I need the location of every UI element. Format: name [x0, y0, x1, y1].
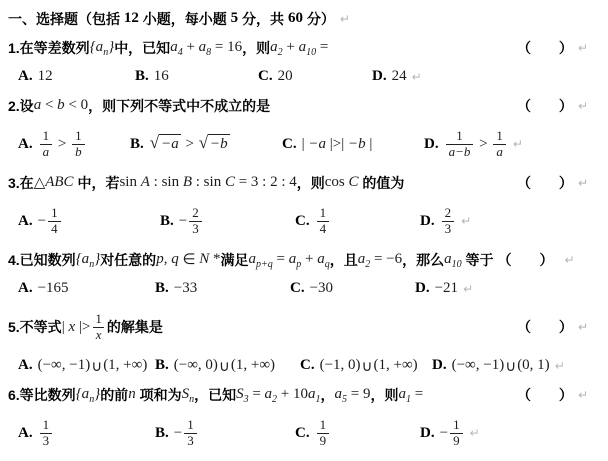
- fraction-denominator: 9: [317, 433, 330, 449]
- text-run: ，: [321, 385, 335, 405]
- math-variable-run: a: [170, 39, 178, 56]
- text-run: ，则下列不等式中不成立的是: [88, 96, 270, 116]
- math-roman-run: −33: [174, 280, 197, 297]
- option-d: D.−21: [415, 280, 458, 297]
- math-subscript: q: [325, 259, 330, 270]
- fraction: 19: [450, 418, 463, 449]
- question-3: 3.在△ABC 中，若sin A : sin B : sin C = 3 : 2…: [8, 170, 608, 195]
- math-variable-run: N: [199, 251, 209, 268]
- text-run: 的解集是: [107, 317, 163, 337]
- paragraph-mark-icon: ↵: [578, 41, 588, 55]
- math-variable-run: C: [349, 174, 359, 191]
- fraction: 14: [317, 206, 330, 237]
- fraction-numerator: 1: [450, 418, 463, 433]
- math-roman-run: −165: [38, 280, 69, 297]
- math-roman-run: (−∞, −1): [38, 357, 91, 374]
- option-b: B.(−∞, 0)∪(1, +∞): [155, 357, 300, 375]
- math-roman-run: +: [283, 39, 299, 56]
- option-label: D.: [420, 213, 435, 230]
- fraction: 23: [442, 206, 455, 237]
- fraction-numerator: 1: [48, 206, 61, 221]
- text-run: 小题，每小题: [139, 9, 231, 29]
- math-roman-run: < 0: [65, 97, 88, 114]
- math-subscript: p: [296, 259, 301, 270]
- math-variable-run: C: [225, 174, 235, 191]
- option-b: B.√−a > √−b: [130, 134, 282, 154]
- paragraph-mark-icon: ↵: [470, 426, 480, 440]
- fraction-numerator: 1: [40, 129, 53, 144]
- math-subscript: p+q: [256, 259, 273, 270]
- math-roman-run: |: [302, 136, 309, 153]
- document-page[interactable]: 一、选择题（包括 12 小题，每小题 5 分，共 60 分）↵1.在等差数列{a…: [0, 0, 608, 461]
- math-subscript: n: [103, 47, 108, 58]
- text-run: ，则: [242, 38, 270, 58]
- math-variable-run: a: [398, 386, 406, 403]
- text-run: 3.在: [8, 173, 34, 193]
- math-variable-run: −b: [348, 136, 366, 153]
- math-roman-run: (1, +∞): [231, 357, 275, 374]
- section-title: 一、选择题（包括 12 小题，每小题 5 分，共 60 分）↵: [8, 6, 608, 31]
- math-subscript: 2: [278, 47, 283, 58]
- fraction-denominator: 4: [48, 221, 61, 237]
- text-run: 的前: [100, 385, 128, 405]
- fraction-numerator: 1: [92, 312, 105, 327]
- fraction-numerator: 1: [40, 418, 53, 433]
- option-a: A.12: [18, 68, 135, 85]
- answer-bracket: （ ）: [517, 96, 573, 116]
- fraction-denominator: 3: [40, 433, 53, 449]
- paragraph-mark-icon: ↵: [578, 99, 588, 113]
- math-variable-run: a: [335, 386, 343, 403]
- option-label: C.: [300, 357, 315, 374]
- math-roman-run: (0, 1): [517, 357, 550, 374]
- math-roman-run: >: [54, 136, 70, 153]
- text-run: ，已知: [194, 385, 236, 405]
- union-symbol: ∪: [505, 357, 516, 375]
- fraction-denominator: b: [72, 144, 85, 160]
- question-4-options: A.−165B.−33C.−30D.−21↵: [8, 276, 608, 301]
- radical-sign: √: [150, 134, 159, 152]
- paragraph-mark-icon: ↵: [555, 359, 565, 373]
- fraction-numerator: 2: [442, 206, 455, 221]
- text-run: 等于: [462, 250, 494, 270]
- math-variable-run: S: [182, 386, 190, 403]
- math-roman-run: =: [316, 39, 328, 56]
- option-a: A.−14: [18, 206, 160, 237]
- math-variable-run: a: [270, 39, 278, 56]
- question-3-options: A.−14B.−23C.14D.23↵: [8, 199, 608, 243]
- math-roman-run: (−∞, −1): [452, 357, 505, 374]
- fraction-denominator: x: [93, 327, 105, 343]
- option-label: A.: [18, 357, 33, 374]
- math-roman-run: −: [440, 425, 448, 442]
- option-b: B.−33: [155, 280, 290, 297]
- text-run: 中，已知: [114, 38, 170, 58]
- question-2-options: A.1a > 1bB.√−a > √−bC.| −a |>| −b |D.1a−…: [8, 122, 608, 166]
- paragraph-mark-icon: ↵: [578, 388, 588, 402]
- question-5-options: A.(−∞, −1)∪(1, +∞)B.(−∞, 0)∪(1, +∞)C.(−1…: [8, 353, 608, 378]
- option-a: A.1a > 1b: [18, 129, 130, 160]
- question-2: 2.设a < b < 0，则下列不等式中不成立的是（ ）↵: [8, 93, 608, 118]
- radical-sign: √: [199, 134, 208, 152]
- math-variable-run: a: [265, 386, 273, 403]
- fraction: 14: [48, 206, 61, 237]
- fraction-numerator: 1: [317, 418, 330, 433]
- fraction-numerator: 1: [317, 206, 330, 221]
- text-run: ，则: [370, 385, 398, 405]
- paragraph-mark-icon: ↵: [340, 12, 350, 26]
- math-variable-run: p: [156, 251, 164, 268]
- option-label: D.: [372, 68, 387, 85]
- option-c: C.(−1, 0)∪(1, +∞): [300, 357, 432, 375]
- math-roman-run: : sin: [192, 174, 225, 191]
- fraction-numerator: 1: [184, 418, 197, 433]
- fraction-denominator: 3: [189, 221, 202, 237]
- fraction: 1a: [40, 129, 53, 160]
- math-subscript: 10: [306, 47, 316, 58]
- math-roman-run: = 9: [347, 386, 370, 403]
- math-roman-run: = 16: [211, 39, 242, 56]
- math-roman-run: sin: [119, 174, 140, 191]
- square-root: √−b: [199, 134, 230, 154]
- math-roman-run: −21: [435, 280, 458, 297]
- option-label: B.: [130, 136, 144, 153]
- paragraph-mark-icon: ↵: [565, 253, 575, 267]
- fraction-denominator: 3: [442, 221, 455, 237]
- option-label: C.: [295, 213, 310, 230]
- paragraph-mark-icon: ↵: [463, 282, 473, 296]
- math-subscript: 3: [244, 394, 249, 405]
- fraction-numerator: 1: [493, 129, 506, 144]
- fraction: 23: [189, 206, 202, 237]
- text-run: 分，共: [238, 9, 288, 29]
- math-roman-run: 20: [278, 68, 293, 85]
- math-variable-run: ABC: [45, 174, 73, 191]
- math-roman-run: + 10: [277, 386, 308, 403]
- math-roman-run: cos: [325, 174, 349, 191]
- fraction-numerator: 2: [189, 206, 202, 221]
- option-label: B.: [155, 280, 169, 297]
- option-label: A.: [18, 425, 33, 442]
- text-run: 分）: [303, 9, 335, 29]
- math-roman-run: 12: [38, 68, 53, 85]
- math-roman-run: +: [183, 39, 199, 56]
- math-subscript: 2: [272, 394, 277, 405]
- math-variable-run: n: [128, 386, 136, 403]
- option-d: D.24: [372, 68, 407, 85]
- math-roman-run: ,: [164, 251, 172, 268]
- option-b: B.−23: [160, 206, 295, 237]
- option-label: A.: [18, 136, 33, 153]
- option-d: D.(−∞, −1)∪(0, 1): [432, 357, 550, 375]
- text-run: ，且: [330, 250, 358, 270]
- math-variable-run: −a: [308, 136, 326, 153]
- text-run: 6.等比数列: [8, 385, 76, 405]
- math-roman-run: : sin: [150, 174, 183, 191]
- fraction: 1x: [92, 312, 105, 343]
- option-label: D.: [420, 425, 435, 442]
- math-subscript: n: [89, 259, 94, 270]
- fraction-denominator: a: [40, 144, 53, 160]
- fraction: 1a: [493, 129, 506, 160]
- question-6-options: A.13B.−13C.19D.−19↵: [8, 411, 608, 455]
- fraction-numerator: 1: [453, 129, 466, 144]
- answer-bracket: （ ）: [498, 250, 554, 270]
- text-run: 中，若: [74, 173, 120, 193]
- math-subscript: 1: [316, 394, 321, 405]
- answer-bracket: （ ）: [517, 173, 573, 193]
- fraction-denominator: a−b: [446, 144, 474, 160]
- question-4: 4.已知数列{an}对任意的p, q ∈ N *满足ap+q = ap + aq…: [8, 247, 608, 272]
- math-variable-run: A: [141, 174, 150, 191]
- answer-bracket: （ ）: [517, 38, 573, 58]
- question-1: 1.在等差数列{an}中，已知a4 + a8 = 16，则a2 + a10 =（…: [8, 35, 608, 60]
- option-b: B.−13: [155, 418, 295, 449]
- text-run: 对任意的: [100, 250, 156, 270]
- option-c: C.19: [295, 418, 420, 449]
- math-roman-run: (−∞, 0): [174, 357, 218, 374]
- math-subscript: 5: [342, 394, 347, 405]
- text-run: 的值为: [359, 173, 405, 193]
- math-variable-run: a: [299, 39, 307, 56]
- question-1-options: A.12B.16C.20D.24↵: [8, 64, 608, 89]
- option-b: B.16: [135, 68, 258, 85]
- math-roman-run: △: [34, 173, 46, 192]
- option-label: D.: [424, 136, 439, 153]
- option-label: A.: [18, 280, 33, 297]
- math-roman-run: =: [411, 386, 423, 403]
- math-variable-run: S: [236, 386, 244, 403]
- option-label: A.: [18, 213, 33, 230]
- math-roman-run: ∈: [179, 250, 200, 269]
- option-c: C.| −a |>| −b |: [282, 136, 424, 153]
- fraction-numerator: 1: [72, 129, 85, 144]
- number-run: 12: [124, 10, 139, 27]
- math-variable-run: a: [199, 39, 207, 56]
- radicand: −b: [208, 134, 230, 154]
- fraction: 1a−b: [446, 129, 474, 160]
- math-variable-run: b: [57, 97, 65, 114]
- union-symbol: ∪: [362, 357, 373, 375]
- math-roman-run: (1, +∞): [103, 357, 147, 374]
- math-subscript: 2: [365, 259, 370, 270]
- math-roman-run: *: [209, 251, 220, 268]
- paragraph-mark-icon: ↵: [461, 214, 471, 228]
- option-label: B.: [155, 357, 169, 374]
- option-a: A.−165: [18, 280, 155, 297]
- square-root: √−a: [150, 134, 181, 154]
- answer-bracket: （ ）: [517, 385, 573, 405]
- fraction-denominator: 3: [184, 433, 197, 449]
- math-roman-run: −: [179, 213, 187, 230]
- math-roman-run: |: [366, 136, 373, 153]
- math-roman-run: (1, +∞): [374, 357, 418, 374]
- math-variable-run: x: [68, 319, 75, 336]
- option-label: C.: [295, 425, 310, 442]
- math-roman-run: −30: [310, 280, 333, 297]
- math-subscript: n: [189, 394, 194, 405]
- union-symbol: ∪: [91, 357, 102, 375]
- fraction-denominator: 4: [317, 221, 330, 237]
- option-label: B.: [155, 425, 169, 442]
- math-variable-run: a: [308, 386, 316, 403]
- math-roman-run: |>|: [326, 136, 348, 153]
- fraction: 13: [184, 418, 197, 449]
- math-variable-run: B: [183, 174, 192, 191]
- option-label: B.: [160, 213, 174, 230]
- fraction: 19: [317, 418, 330, 449]
- option-c: C.20: [258, 68, 372, 85]
- option-label: A.: [18, 68, 33, 85]
- text-run: ，则: [297, 173, 325, 193]
- option-label: C.: [258, 68, 273, 85]
- text-run: 1.在等差数列: [8, 38, 90, 58]
- math-subscript: 10: [452, 259, 462, 270]
- math-variable-run: {a: [76, 251, 90, 268]
- math-roman-run: = −6: [370, 251, 402, 268]
- question-5: 5.不等式| x |>1x的解集是（ ）↵: [8, 305, 608, 349]
- question-6: 6.等比数列{an}的前n 项和为Sn，已知S3 = a2 + 10a1，a5 …: [8, 382, 608, 407]
- text-run: 2.设: [8, 96, 34, 116]
- math-roman-run: = 3 : 2 : 4: [235, 174, 297, 191]
- math-roman-run: 16: [154, 68, 169, 85]
- math-variable-run: {a: [76, 386, 90, 403]
- number-run: 5: [231, 10, 239, 27]
- math-roman-run: =: [273, 251, 289, 268]
- text-run: 5.不等式: [8, 317, 62, 337]
- math-variable-run: a: [249, 251, 257, 268]
- math-roman-run: −: [174, 425, 182, 442]
- math-subscript: 4: [178, 47, 183, 58]
- math-subscript: 8: [206, 47, 211, 58]
- paragraph-mark-icon: ↵: [578, 320, 588, 334]
- radicand: −a: [159, 134, 181, 154]
- paragraph-mark-icon: ↵: [578, 176, 588, 190]
- math-subscript: 1: [406, 394, 411, 405]
- text-run: 一、选择题（包括: [8, 9, 124, 29]
- math-roman-run: <: [41, 97, 57, 114]
- math-variable-run: a: [317, 251, 325, 268]
- math-roman-run: |>: [75, 319, 90, 336]
- option-d: D.−19: [420, 418, 465, 449]
- option-a: A.(−∞, −1)∪(1, +∞): [18, 357, 155, 375]
- math-roman-run: =: [249, 386, 265, 403]
- math-roman-run: 24: [392, 68, 407, 85]
- text-run: ，那么: [402, 250, 444, 270]
- option-a: A.13: [18, 418, 155, 449]
- math-variable-run: a: [444, 251, 452, 268]
- math-variable-run: q: [171, 251, 179, 268]
- option-d: D.1a−b > 1a: [424, 129, 508, 160]
- math-roman-run: >: [475, 136, 491, 153]
- fraction: 13: [40, 418, 53, 449]
- paragraph-mark-icon: ↵: [412, 70, 422, 84]
- text-run: 项和为: [136, 385, 182, 405]
- option-label: B.: [135, 68, 149, 85]
- text-run: 4.已知数列: [8, 250, 76, 270]
- fraction: 1b: [72, 129, 85, 160]
- option-label: C.: [290, 280, 305, 297]
- math-variable-run: a: [34, 97, 42, 114]
- option-c: C.−30: [290, 280, 415, 297]
- math-roman-run: (−1, 0): [320, 357, 361, 374]
- math-variable-run: {a: [90, 39, 104, 56]
- math-roman-run: +: [301, 251, 317, 268]
- option-d: D.23: [420, 206, 456, 237]
- math-variable-run: a: [358, 251, 366, 268]
- option-c: C.14: [295, 206, 420, 237]
- union-symbol: ∪: [219, 357, 230, 375]
- math-roman-run: >: [182, 136, 198, 153]
- fraction-denominator: a: [493, 144, 506, 160]
- option-label: C.: [282, 136, 297, 153]
- option-label: D.: [432, 357, 447, 374]
- text-run: 满足: [221, 250, 249, 270]
- math-subscript: n: [89, 394, 94, 405]
- paragraph-mark-icon: ↵: [513, 137, 523, 151]
- math-roman-run: −: [38, 213, 46, 230]
- number-run: 60: [288, 10, 303, 27]
- fraction-denominator: 9: [450, 433, 463, 449]
- option-label: D.: [415, 280, 430, 297]
- answer-bracket: （ ）: [517, 317, 573, 337]
